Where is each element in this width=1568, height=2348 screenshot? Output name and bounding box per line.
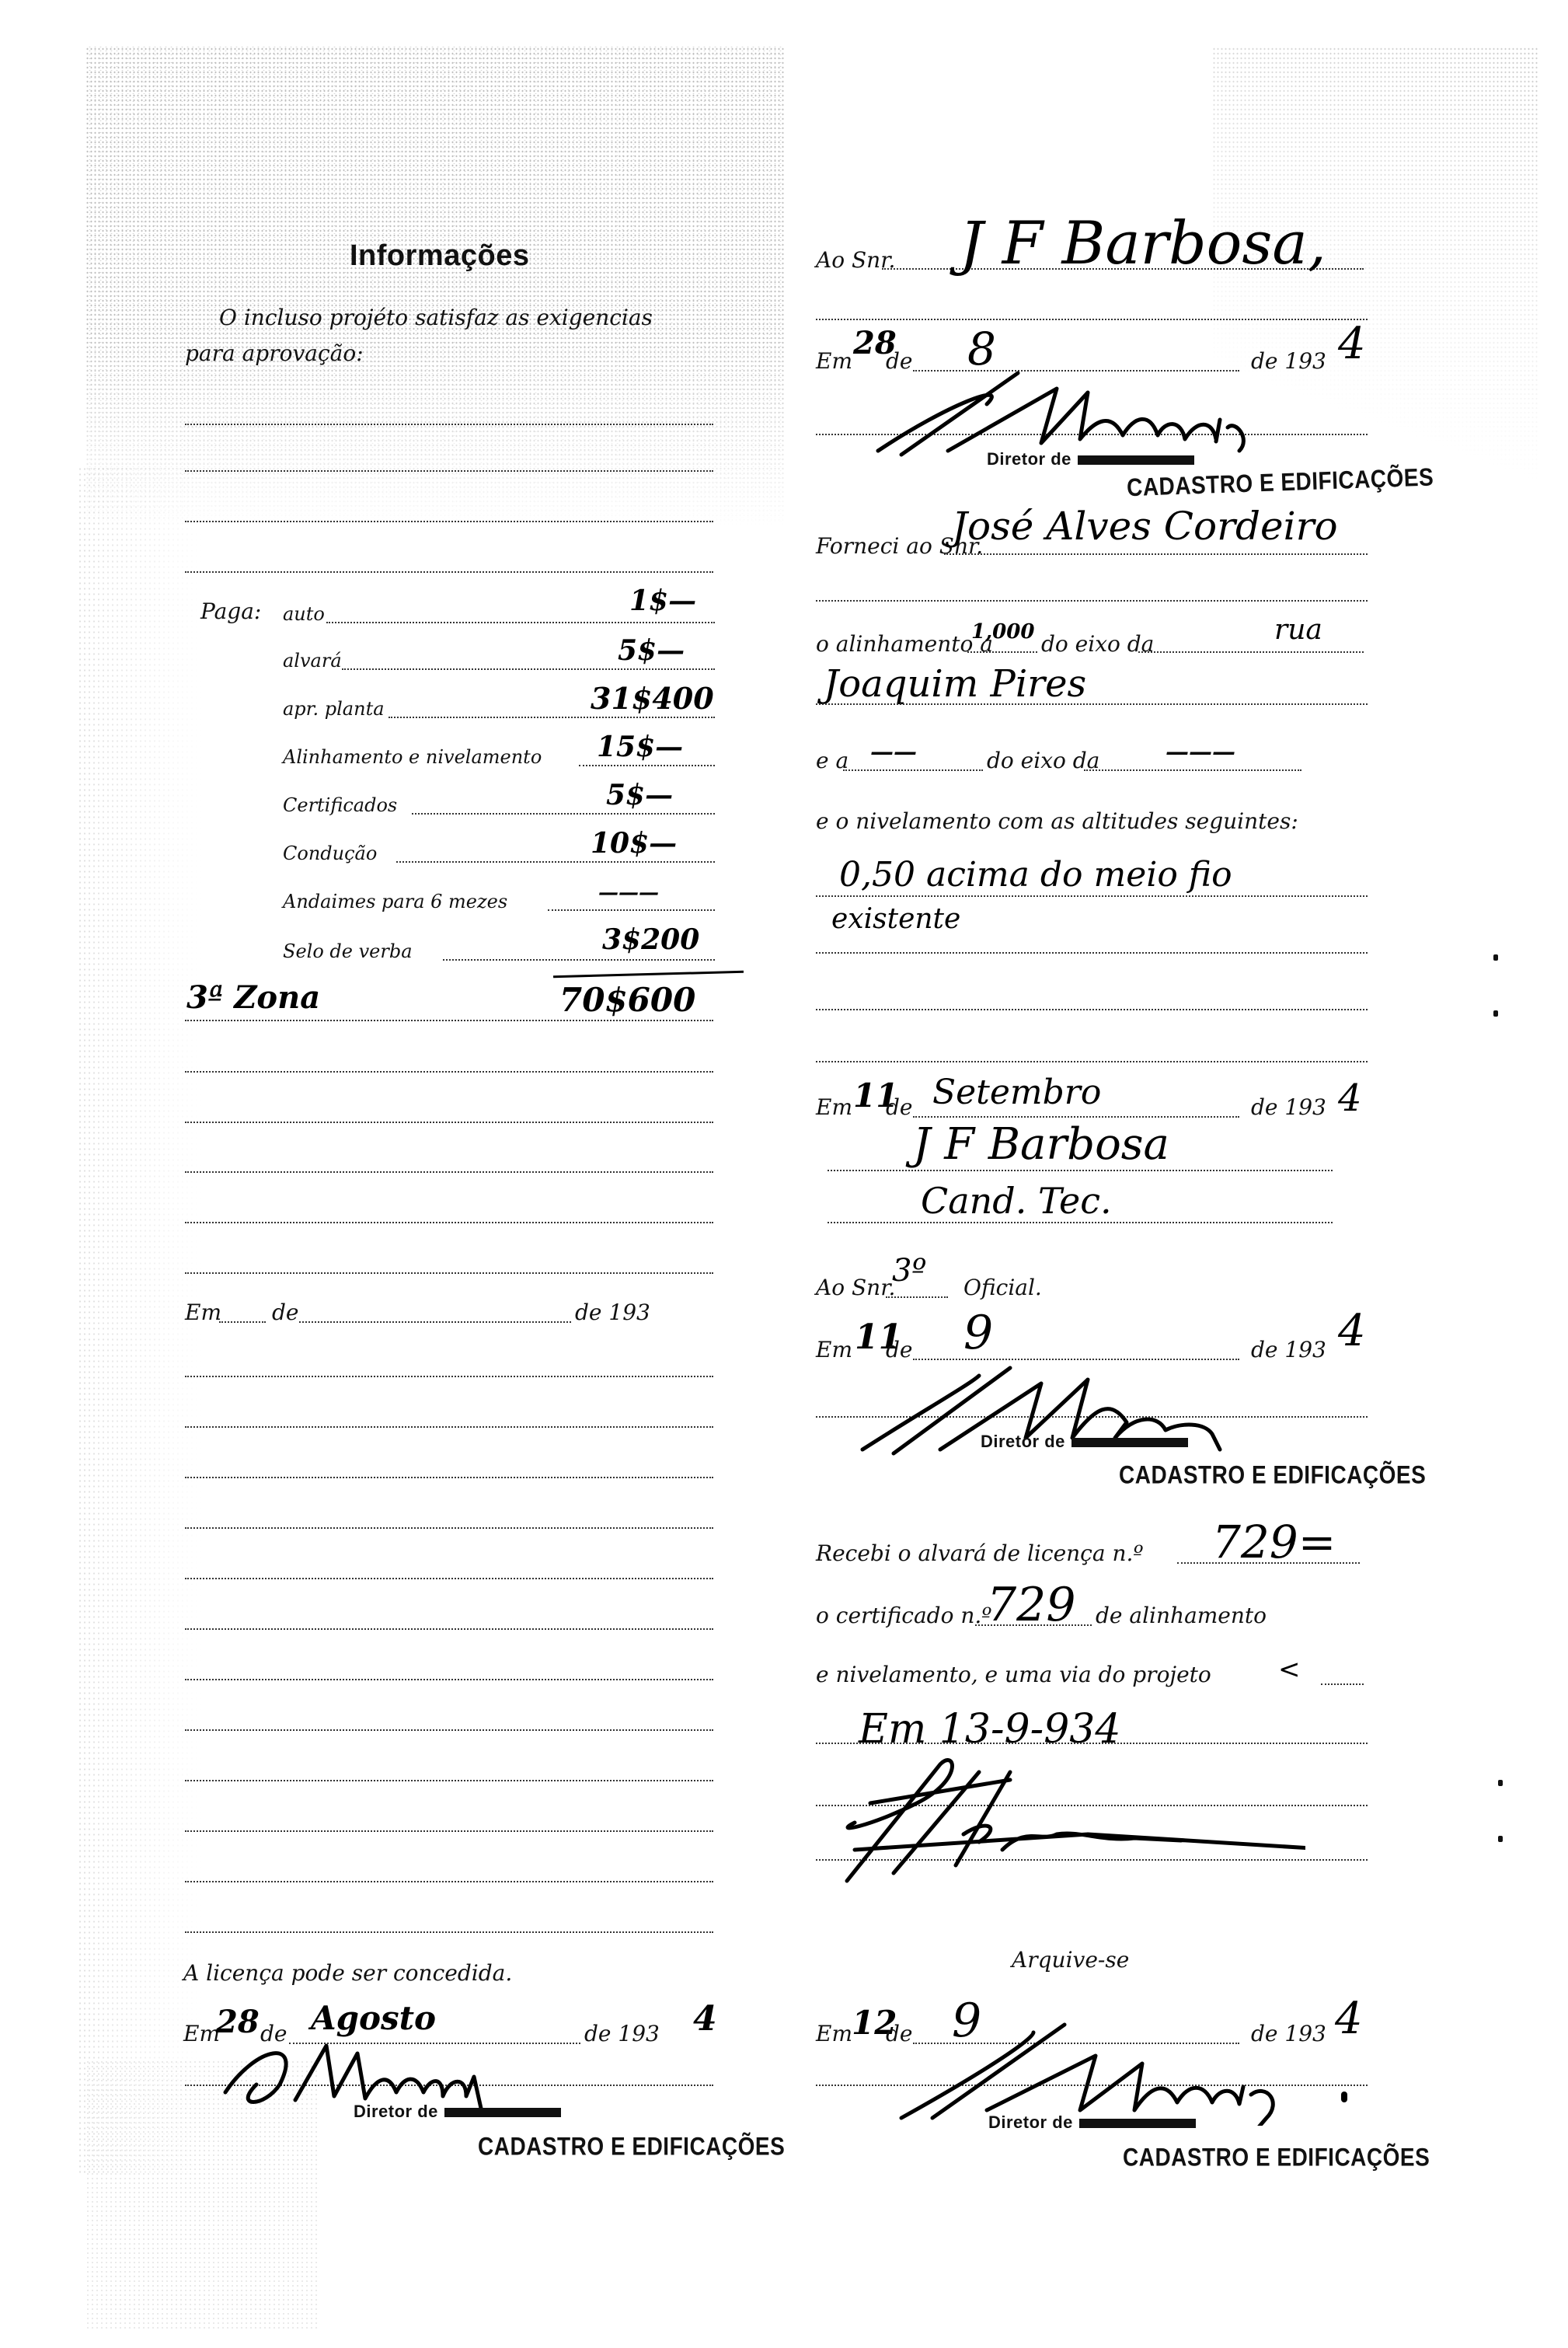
info-line[interactable] <box>185 1780 713 1781</box>
date-year-prefix: de 193 <box>1251 1337 1326 1362</box>
supplied-name[interactable]: José Alves Cordeiro <box>952 504 1338 549</box>
stamp-strikeout <box>444 2108 561 2117</box>
stamp-director-text: Diretor de <box>987 449 1071 469</box>
intro-line-1: O incluso projéto satisfaz as exigencias <box>219 305 653 330</box>
stamp-director-text: Diretor de <box>988 2113 1073 2132</box>
stamp-director: Diretor de <box>987 449 1194 469</box>
fee-value[interactable]: 1$— <box>629 584 696 617</box>
date-year-prefix: de 193 <box>584 2021 660 2046</box>
fee-label: apr. planta <box>283 698 385 720</box>
day-field[interactable] <box>219 1321 266 1323</box>
street-type-field <box>1138 651 1364 653</box>
supplied-field <box>944 553 1368 555</box>
fee-label: Alinhamento e nivelamento <box>283 746 542 768</box>
ordinal-field <box>886 1296 948 1298</box>
date-year-digit[interactable]: 4 <box>1338 319 1366 369</box>
alignment-text-a: o alinhamento a <box>816 631 993 657</box>
scan-noise-top-left <box>85 47 785 529</box>
info-line[interactable] <box>185 571 713 573</box>
fee-value[interactable]: 10$— <box>591 827 677 860</box>
blank-line[interactable] <box>816 1061 1368 1062</box>
signature-line <box>816 1859 1368 1861</box>
fees-total[interactable]: 70$600 <box>559 981 695 1019</box>
officer-prefix: Ao Snr. <box>816 1275 895 1300</box>
date-de: de <box>886 1094 913 1120</box>
date-prefix: Em <box>816 2021 852 2046</box>
levelling-value-line1[interactable]: 0,50 acima do meio fio <box>839 855 1232 895</box>
signature-line <box>816 1416 1368 1418</box>
margin-mark <box>1493 1010 1498 1017</box>
officer-suffix: Oficial. <box>963 1275 1042 1300</box>
fee-value[interactable]: 15$— <box>597 731 683 763</box>
fee-line <box>412 813 715 815</box>
alignment2-street[interactable]: ——— <box>1166 738 1235 766</box>
alignment-distance[interactable]: 1,000 <box>971 620 1034 644</box>
info-line[interactable] <box>185 1122 713 1123</box>
info-line[interactable] <box>185 1222 713 1223</box>
date-month[interactable]: 8 <box>967 323 996 375</box>
month-field <box>289 2043 580 2044</box>
receipt-mark: < <box>1278 1654 1301 1685</box>
month-field <box>913 1359 1239 1360</box>
role-line <box>828 1222 1333 1223</box>
stamp-strikeout <box>1071 1438 1188 1447</box>
fee-value[interactable]: 31$400 <box>591 681 714 716</box>
fee-line <box>326 622 715 623</box>
date-de: de <box>272 1300 299 1325</box>
alencar-signature <box>824 1749 1305 1904</box>
alignment2-distance[interactable]: —— <box>870 738 917 766</box>
date-month[interactable]: 9 <box>963 1306 993 1360</box>
info-line[interactable] <box>185 1426 713 1428</box>
date-month[interactable]: 9 <box>952 1994 981 2048</box>
fees-label-prefix: Paga: <box>200 598 261 624</box>
month-field <box>913 1116 1239 1118</box>
signature-line <box>816 434 1368 435</box>
info-line[interactable] <box>185 1578 713 1579</box>
alignment-text-b: do eixo da <box>1041 631 1154 657</box>
license-number[interactable]: 729= <box>1212 1516 1336 1568</box>
fee-value[interactable]: ——— <box>598 881 659 905</box>
fee-value[interactable]: 3$200 <box>602 923 699 956</box>
stamp-department: CADASTRO E EDIFICAÇÕES <box>1123 2144 1430 2172</box>
alignment2-text-b: do eixo da <box>987 748 1099 773</box>
receipt-date-line <box>816 1743 1368 1744</box>
stamp-department: CADASTRO E EDIFICAÇÕES <box>478 2133 785 2161</box>
date-year-prefix: de 193 <box>575 1300 650 1325</box>
technician-role[interactable]: Cand. Tec. <box>921 1180 1112 1222</box>
fee-label: alvará <box>283 650 342 672</box>
receipt-date[interactable]: Em 13-9-934 <box>859 1706 1120 1753</box>
receipt-line1: Recebi o alvará de licença n.º <box>816 1540 1144 1566</box>
certificate-number[interactable]: 729 <box>987 1578 1076 1632</box>
month-field <box>913 370 1239 372</box>
fee-value[interactable]: 5$— <box>618 634 685 667</box>
officer-ordinal[interactable]: 3º <box>892 1253 926 1289</box>
info-line[interactable] <box>185 424 713 425</box>
date-year-digit[interactable]: 4 <box>1338 1306 1366 1356</box>
blank-line[interactable] <box>816 1009 1368 1010</box>
date-year-prefix: de 193 <box>1251 348 1326 374</box>
info-line[interactable] <box>185 521 713 522</box>
stamp-department: CADASTRO E EDIFICAÇÕES <box>1119 1461 1426 1490</box>
blank-line[interactable] <box>816 319 1368 320</box>
margin-mark <box>1493 954 1498 961</box>
receipt-line2-a: o certificado n.º <box>816 1603 991 1628</box>
fee-line <box>396 861 715 863</box>
info-line[interactable] <box>185 1729 713 1731</box>
stamp-director-text: Diretor de <box>981 1432 1065 1451</box>
receipt-line3: e nivelamento, e uma via do projeto <box>816 1662 1211 1687</box>
fee-label: Condução <box>283 843 377 864</box>
informacoes-heading: Informações <box>350 239 529 273</box>
date-prefix: Em <box>816 348 852 374</box>
date-year-digit[interactable]: 4 <box>1335 1994 1363 2044</box>
fee-line <box>389 717 715 718</box>
month-field[interactable] <box>299 1321 571 1323</box>
levelling-text: e o nivelamento com as altitudes seguint… <box>816 808 1298 834</box>
street-type[interactable]: rua <box>1274 614 1322 646</box>
fee-line <box>548 909 715 911</box>
date-de: de <box>886 2021 913 2046</box>
fee-line <box>342 668 715 670</box>
fee-label: Andaimes para 6 mezes <box>283 891 507 912</box>
date-year-digit[interactable]: 4 <box>693 1999 717 2039</box>
info-line[interactable] <box>185 1527 713 1529</box>
date-year-prefix: de 193 <box>1251 2021 1326 2046</box>
info-line[interactable] <box>185 1881 713 1882</box>
street-name-line <box>816 703 1368 705</box>
signature-line <box>816 1805 1368 1806</box>
blank-line[interactable] <box>816 952 1368 954</box>
stamp-director: Diretor de <box>981 1432 1188 1452</box>
signature-line <box>185 2085 713 2086</box>
blank-line[interactable] <box>816 600 1368 602</box>
date-month[interactable]: Setembro <box>932 1073 1101 1112</box>
zone-label[interactable]: 3ª Zona <box>186 979 320 1016</box>
fee-label: Selo de verba <box>283 940 413 962</box>
date-de: de <box>260 2021 287 2046</box>
margin-mark <box>1498 1836 1503 1842</box>
distance2-field <box>843 769 983 771</box>
info-line[interactable] <box>185 1830 713 1832</box>
scan-noise-bottom-left <box>85 2060 319 2332</box>
date-month[interactable]: Agosto <box>311 1999 436 2037</box>
technician-signature[interactable]: J F Barbosa <box>913 1119 1169 1170</box>
distance-field <box>967 651 1037 653</box>
date-prefix: Em <box>185 1300 221 1325</box>
date-prefix: Em <box>816 1337 852 1362</box>
levelling-line <box>816 895 1368 897</box>
archive-text: Arquive-se <box>1012 1947 1129 1973</box>
receipt-line2-b: de alinhamento <box>1096 1603 1267 1628</box>
stamp-director-text: Diretor de <box>354 2102 438 2121</box>
info-line[interactable] <box>185 1171 713 1173</box>
levelling-value-line2[interactable]: existente <box>831 903 960 935</box>
street-name[interactable]: Joaquim Pires <box>824 662 1086 706</box>
fee-line <box>579 765 715 766</box>
stamp-director: Diretor de <box>988 2113 1196 2133</box>
date-day[interactable]: 28 <box>216 2004 260 2040</box>
info-line[interactable] <box>185 1376 713 1377</box>
info-line[interactable] <box>185 1679 713 1680</box>
stamp-director: Diretor de <box>354 2102 561 2122</box>
date-prefix: Em <box>183 2021 220 2046</box>
date-prefix: Em <box>816 1094 852 1120</box>
license-text: A licença pode ser concedida. <box>183 1960 512 1986</box>
sum-rule <box>553 971 744 978</box>
date-de: de <box>886 348 913 374</box>
info-line[interactable] <box>185 1477 713 1478</box>
street2-field <box>1084 769 1301 771</box>
fee-line <box>443 959 715 961</box>
info-line[interactable] <box>185 1272 713 1274</box>
project-field <box>1321 1683 1364 1685</box>
stamp-strikeout <box>1079 2119 1196 2128</box>
date-de: de <box>886 1337 913 1362</box>
addressee-name[interactable]: J F Barbosa, <box>960 208 1326 277</box>
signature-line <box>816 2085 1368 2086</box>
fee-label: Certificados <box>283 794 397 816</box>
intro-line-2: para aprovação: <box>185 340 364 366</box>
fee-label: auto <box>283 603 325 625</box>
date-year-digit[interactable]: 4 <box>1338 1076 1362 1120</box>
fee-value[interactable]: 5$— <box>606 779 673 811</box>
stamp-strikeout <box>1078 455 1194 465</box>
total-line <box>185 1020 713 1021</box>
info-line[interactable] <box>185 1931 713 1933</box>
signature-line <box>828 1170 1333 1171</box>
margin-mark <box>1498 1780 1503 1786</box>
info-line[interactable] <box>185 470 713 472</box>
scan-noise-top-right <box>1212 47 1538 513</box>
date-year-prefix: de 193 <box>1251 1094 1326 1120</box>
info-line[interactable] <box>185 1628 713 1630</box>
info-line[interactable] <box>185 1071 713 1073</box>
scan-noise-left-edge <box>78 466 202 2176</box>
